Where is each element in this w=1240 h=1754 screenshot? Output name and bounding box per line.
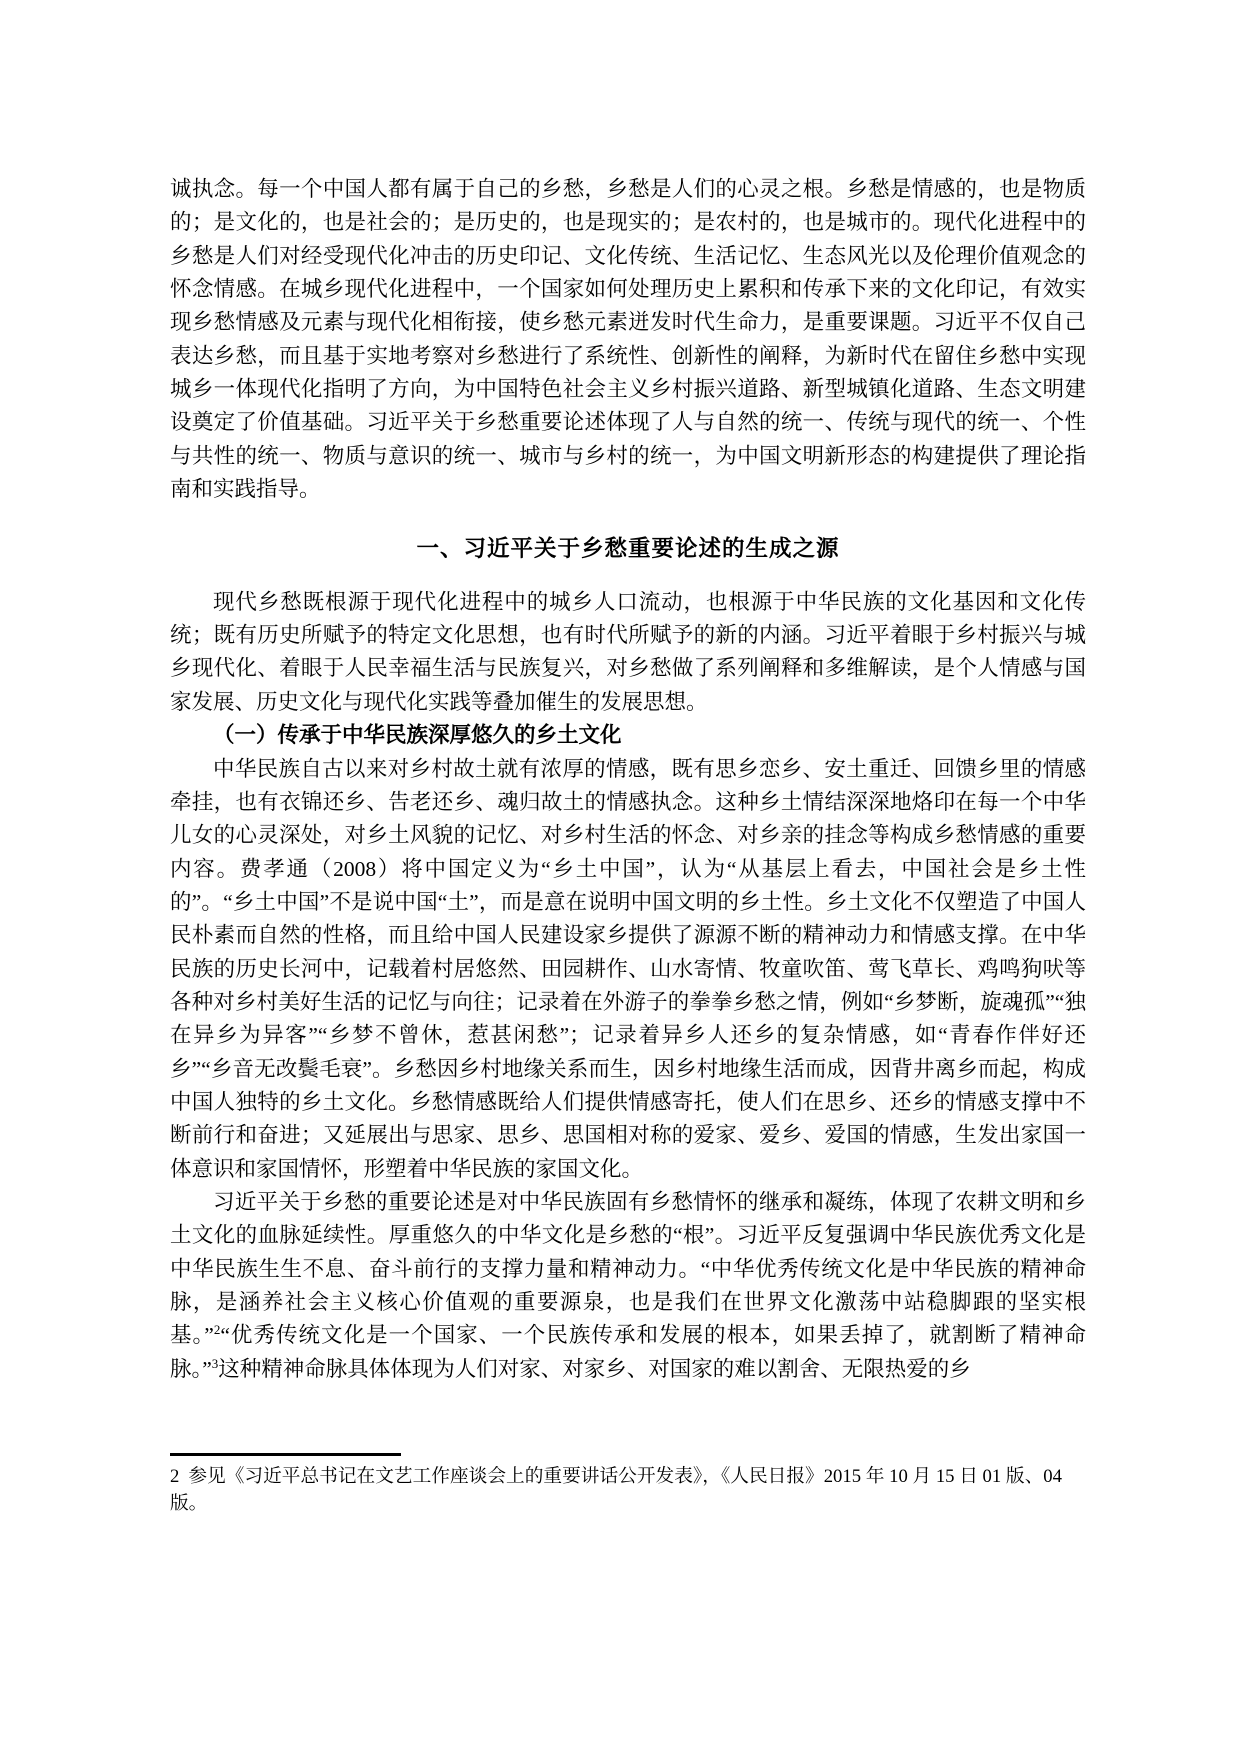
paragraph-cultural-heritage: 习近平关于乡愁的重要论述是对中华民族固有乡愁情怀的继承和凝练，体现了农耕文明和乡… [170, 1186, 1086, 1386]
footnote-entry: 2参见《习近平总书记在文艺工作座谈会上的重要讲话公开发表》，《人民日报》2015… [170, 1463, 1086, 1517]
paragraph-section-intro: 现代乡愁既根源于现代化进程中的城乡人口流动，也根源于中华民族的文化基因和文化传统… [170, 586, 1086, 719]
paragraph-continuation: 诚执念。每一个中国人都有属于自己的乡愁，乡愁是人们的心灵之根。乡愁是情感的，也是… [170, 173, 1086, 506]
footnote-number: 2 [170, 1466, 179, 1487]
text-column: 诚执念。每一个中国人都有属于自己的乡愁，乡愁是人们的心灵之根。乡愁是情感的，也是… [170, 173, 1086, 1386]
document-page: 诚执念。每一个中国人都有属于自己的乡愁，乡愁是人们的心灵之根。乡愁是情感的，也是… [0, 0, 1240, 1754]
section-heading: 一、习近平关于乡愁重要论述的生成之源 [170, 532, 1086, 565]
paragraph-text-segment: 这种精神命脉具体体现为人们对家、对家乡、对国家的难以割舍、无限热爱的乡 [218, 1357, 971, 1381]
footnote-area: 2参见《习近平总书记在文艺工作座谈会上的重要讲话公开发表》，《人民日报》2015… [170, 1453, 1086, 1517]
subsection-heading: （一）传承于中华民族深厚悠久的乡土文化 [170, 719, 1086, 752]
footnote-text: 参见《习近平总书记在文艺工作座谈会上的重要讲话公开发表》，《人民日报》2015 … [170, 1466, 1062, 1514]
paragraph-rural-culture: 中华民族自古以来对乡村故土就有浓厚的情感，既有思乡恋乡、安土重迁、回馈乡里的情感… [170, 753, 1086, 1186]
footnote-separator-rule [170, 1453, 401, 1456]
